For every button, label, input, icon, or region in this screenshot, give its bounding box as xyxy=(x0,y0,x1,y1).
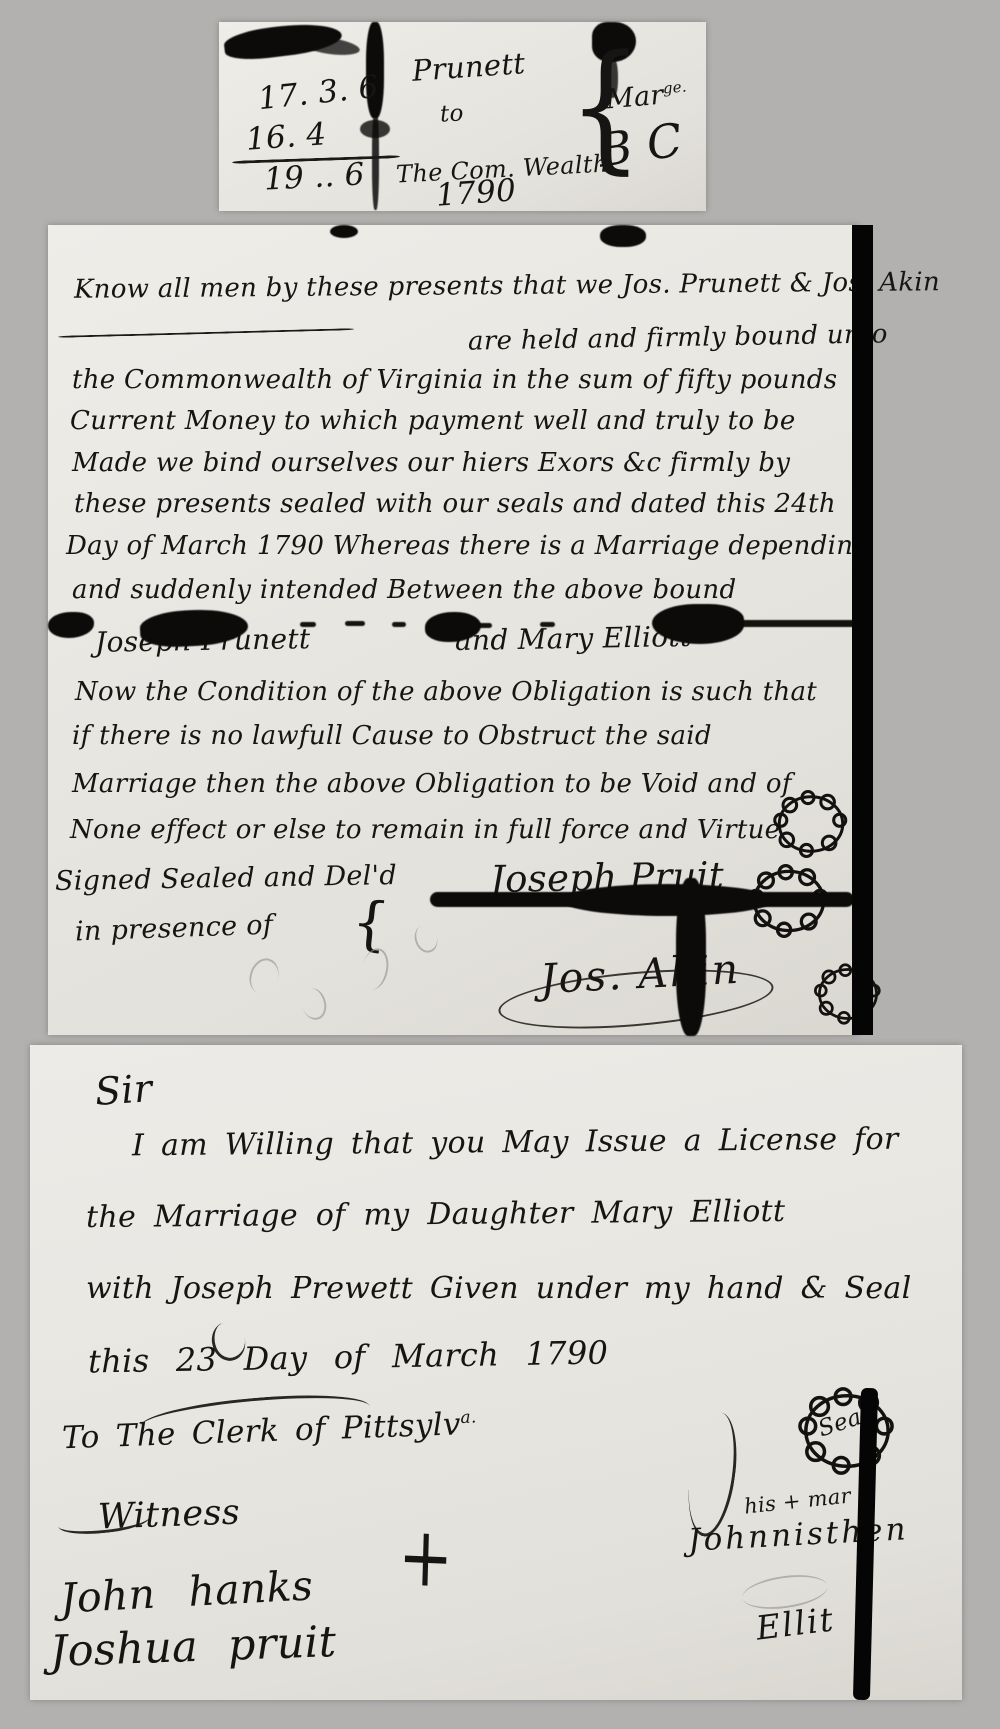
fold-mark xyxy=(360,120,390,138)
seal-scribble-icon xyxy=(770,790,852,858)
docket-year: 1790 xyxy=(435,173,517,213)
bond-line: None effect or else to remain in full fo… xyxy=(70,816,780,845)
ink-blot-cross xyxy=(560,884,775,916)
bond-line: Now the Condition of the above Obligatio… xyxy=(75,678,817,707)
docket-amount-total: 19 .. 6 xyxy=(263,157,365,196)
fold-mark xyxy=(330,225,358,238)
consent-line: with Joseph Prewett Given under my hand … xyxy=(86,1272,911,1305)
docket-type-abbr-sup: ge. xyxy=(662,78,687,98)
bond-line: Marriage then the above Obligation to be… xyxy=(72,770,792,799)
docket-amount-2: 16. 4 xyxy=(245,117,328,157)
bond-line: Made we bind ourselves our hiers Exors &… xyxy=(72,449,790,478)
bond-line: and suddenly intended Between the above … xyxy=(72,576,736,605)
bond-line: if there is no lawfull Cause to Obstruct… xyxy=(72,722,712,751)
witness-cross-mark: + xyxy=(397,1512,455,1605)
consent-address-sup: a. xyxy=(460,1407,477,1428)
bond-line: Day of March 1790 Whereas there is a Mar… xyxy=(66,532,870,561)
fold-dash xyxy=(345,621,365,626)
scan-edge-strip xyxy=(852,225,873,1035)
docket-versus: to xyxy=(439,101,464,128)
fold-mark xyxy=(600,225,646,247)
presence-brace: { xyxy=(349,890,393,957)
document-scan: 17. 3. 6 16. 4 19 .. 6 Prunett to The Co… xyxy=(0,0,1000,1729)
bond-line: Current Money to which payment well and … xyxy=(70,407,796,436)
bond-line: these presents sealed with our seals and… xyxy=(74,490,836,519)
docket-type-abbr-base: Mar xyxy=(605,80,665,116)
fold-dash xyxy=(392,622,406,627)
consent-witness-2: Joshua pruit xyxy=(49,1619,337,1676)
bond-line: the Commonwealth of Virginia in the sum … xyxy=(72,366,837,395)
consent-witness-label: Witness xyxy=(97,1494,240,1537)
docket-bond-abbr: B C xyxy=(595,114,686,176)
ink-blot-cross xyxy=(684,1008,697,1035)
consent-line: the Marriage of my Daughter Mary Elliott xyxy=(86,1195,786,1234)
ink-blot xyxy=(652,604,744,644)
consent-line: I am Willing that you May Issue a Licens… xyxy=(132,1123,899,1163)
bond-attestation: Signed Sealed and Del'd xyxy=(55,861,397,897)
consent-salutation: Sir xyxy=(94,1068,154,1114)
